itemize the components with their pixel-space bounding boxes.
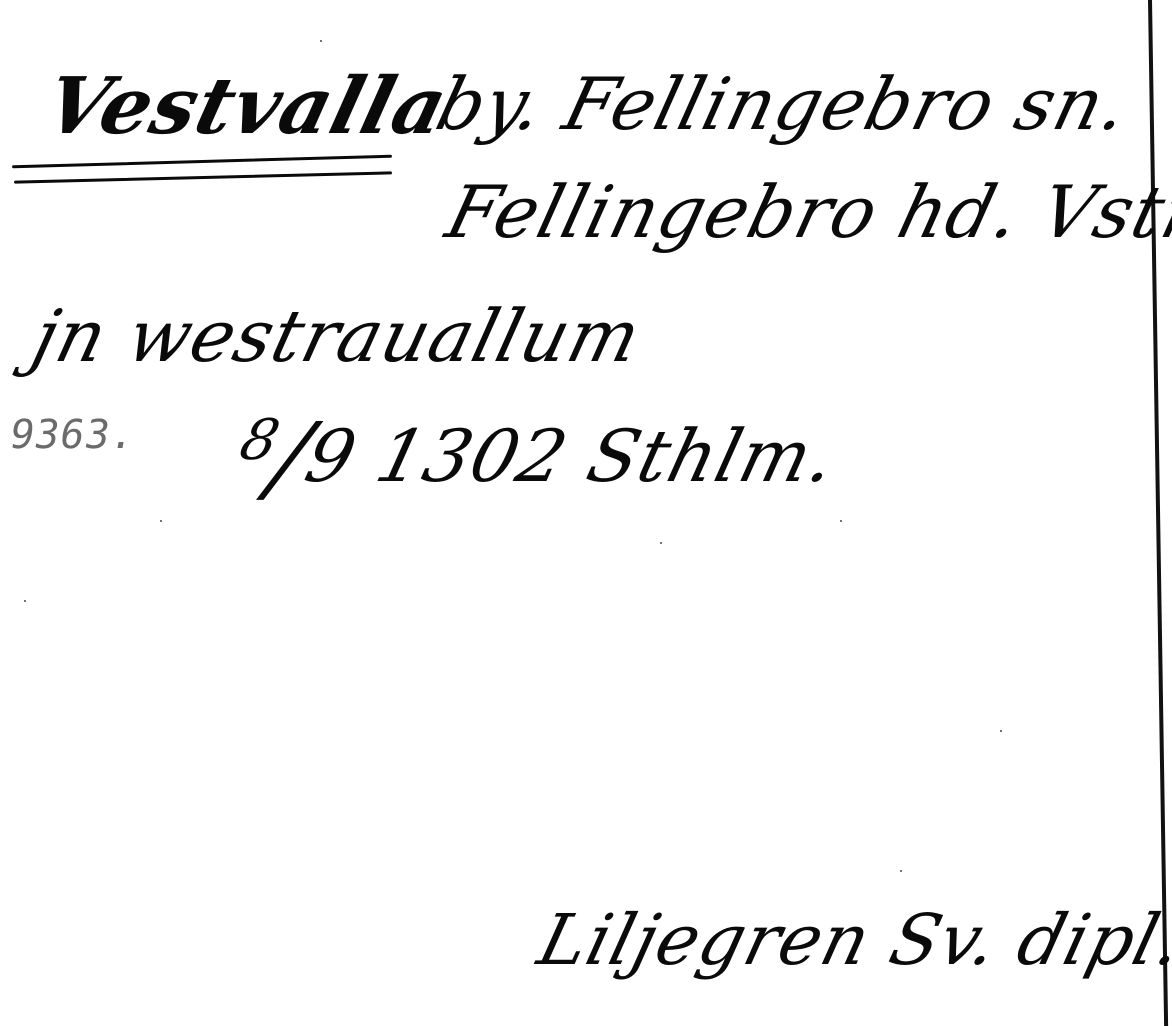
scan-speck <box>160 520 162 522</box>
headword-underline-double <box>14 171 392 183</box>
scan-speck <box>840 520 842 522</box>
date-place-line: 8/9 1302 Sthlm. <box>228 400 849 496</box>
district-line: Fellingebro hd. Vstm. <box>440 176 1172 248</box>
latin-form: jn westrauallum <box>26 300 648 372</box>
scan-speck <box>900 870 902 872</box>
scan-speck <box>660 542 662 544</box>
village-description: by. Fellingebro sn. <box>430 68 1136 140</box>
headword: Vestvalla <box>38 68 455 146</box>
scan-speck <box>24 600 26 602</box>
headword-underline <box>12 155 392 169</box>
scan-speck <box>320 40 322 42</box>
source-reference: Liljegren Sv. dipl. II. <box>532 905 1172 975</box>
card-edge-line <box>1148 0 1168 1026</box>
scan-speck <box>1000 730 1002 732</box>
index-card: Vestvalla by. Fellingebro sn. Fellingebr… <box>0 0 1172 1026</box>
date-place: Sthlm. <box>579 414 845 498</box>
stamp-number: 9363. <box>6 412 140 458</box>
date-year: 1302 <box>368 414 576 498</box>
